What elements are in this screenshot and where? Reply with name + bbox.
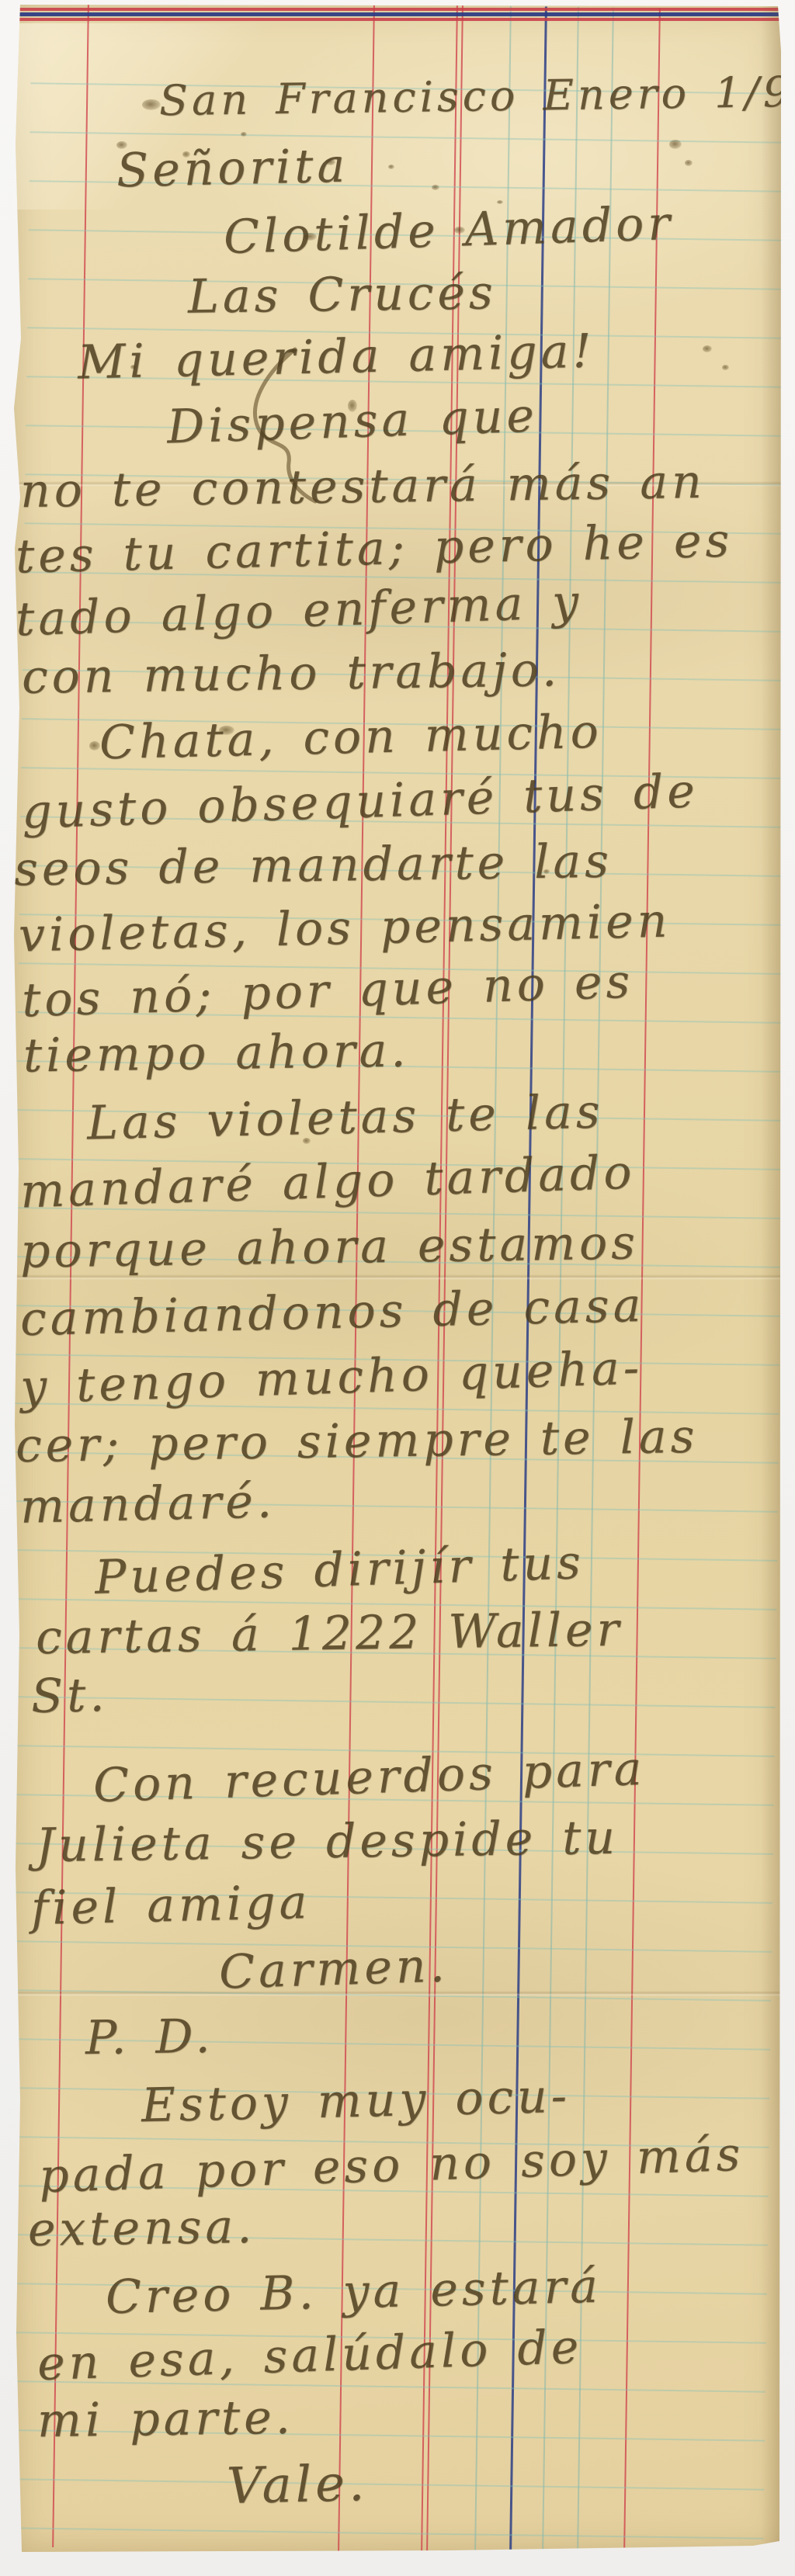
letter-line-3: Clotilde Amador xyxy=(223,196,675,265)
letter-line-24: Puedes dirijír tus xyxy=(94,1535,585,1605)
letter-paper: San Francisco Enero 1/900SeñoritaClotild… xyxy=(14,5,781,2552)
letter-line-27: Con recuerdos para xyxy=(92,1742,646,1813)
right-edge-shadow xyxy=(761,5,781,2552)
letter-line-34: extensa. xyxy=(28,2200,256,2257)
letter-line-29: fiel amiga xyxy=(30,1875,311,1936)
letter-line-32: Estoy muy ocu- xyxy=(141,2069,571,2134)
letter-line-9: tado algo enferma y xyxy=(15,575,583,647)
letter-line-16: tiempo ahora. xyxy=(23,1024,410,1083)
scanned-letter-scene: San Francisco Enero 1/900SeñoritaClotild… xyxy=(0,0,795,2576)
letter-line-2: Señorita xyxy=(116,139,349,199)
letter-line-10: con mucho trabajo. xyxy=(22,643,561,705)
letter-line-17: Las violetas te las xyxy=(86,1084,604,1150)
letter-line-25: cartas á 1222 Waller xyxy=(36,1603,623,1666)
letter-line-5: Mi querida amiga! xyxy=(77,324,595,390)
letter-line-33: pada por eso no soy más xyxy=(38,2127,745,2203)
letter-line-35: Creo B. ya estará xyxy=(105,2259,602,2325)
letter-line-30: Carmen. xyxy=(218,1938,450,1999)
letter-line-18: mandaré algo tardado xyxy=(19,1146,636,1219)
letter-line-1: San Francisco Enero 1/900 xyxy=(159,67,795,126)
letter-line-4: Las Crucés xyxy=(188,265,498,324)
letter-line-19: porque ahora estamos xyxy=(20,1215,640,1278)
letter-line-23: mandaré. xyxy=(19,1474,276,1534)
letter-line-7: no te contestará más an xyxy=(20,455,706,518)
letter-line-21: y tengo mucho queha- xyxy=(19,1340,644,1414)
handwriting-layer: San Francisco Enero 1/900SeñoritaClotild… xyxy=(14,5,781,2552)
letter-line-20: cambiandonos de casa xyxy=(19,1278,645,1347)
letter-line-26: St. xyxy=(30,1668,109,1724)
letter-line-31: P. D. xyxy=(85,2009,214,2065)
letter-line-37: mi parte. xyxy=(37,2391,295,2449)
letter-line-12: gusto obsequiaré tus de xyxy=(21,764,700,839)
letter-line-22: cer; pero siempre te las xyxy=(16,1409,699,1473)
letter-line-36: en esa, salúdalo de xyxy=(36,2320,583,2391)
letter-line-28: Julieta se despide tu xyxy=(36,1811,620,1873)
letter-line-11: Chata, con mucho xyxy=(99,705,602,771)
letter-line-6: Dispensa que xyxy=(166,389,539,455)
letter-line-13: seos de mandarte las xyxy=(14,834,613,897)
letter-line-15: tos nó; por que no es xyxy=(21,955,634,1028)
letter-line-14: violetas, los pensamien xyxy=(18,893,672,962)
letter-line-38: Vale. xyxy=(226,2455,369,2515)
letter-line-8: tes tu cartita; pero he es xyxy=(15,514,734,584)
